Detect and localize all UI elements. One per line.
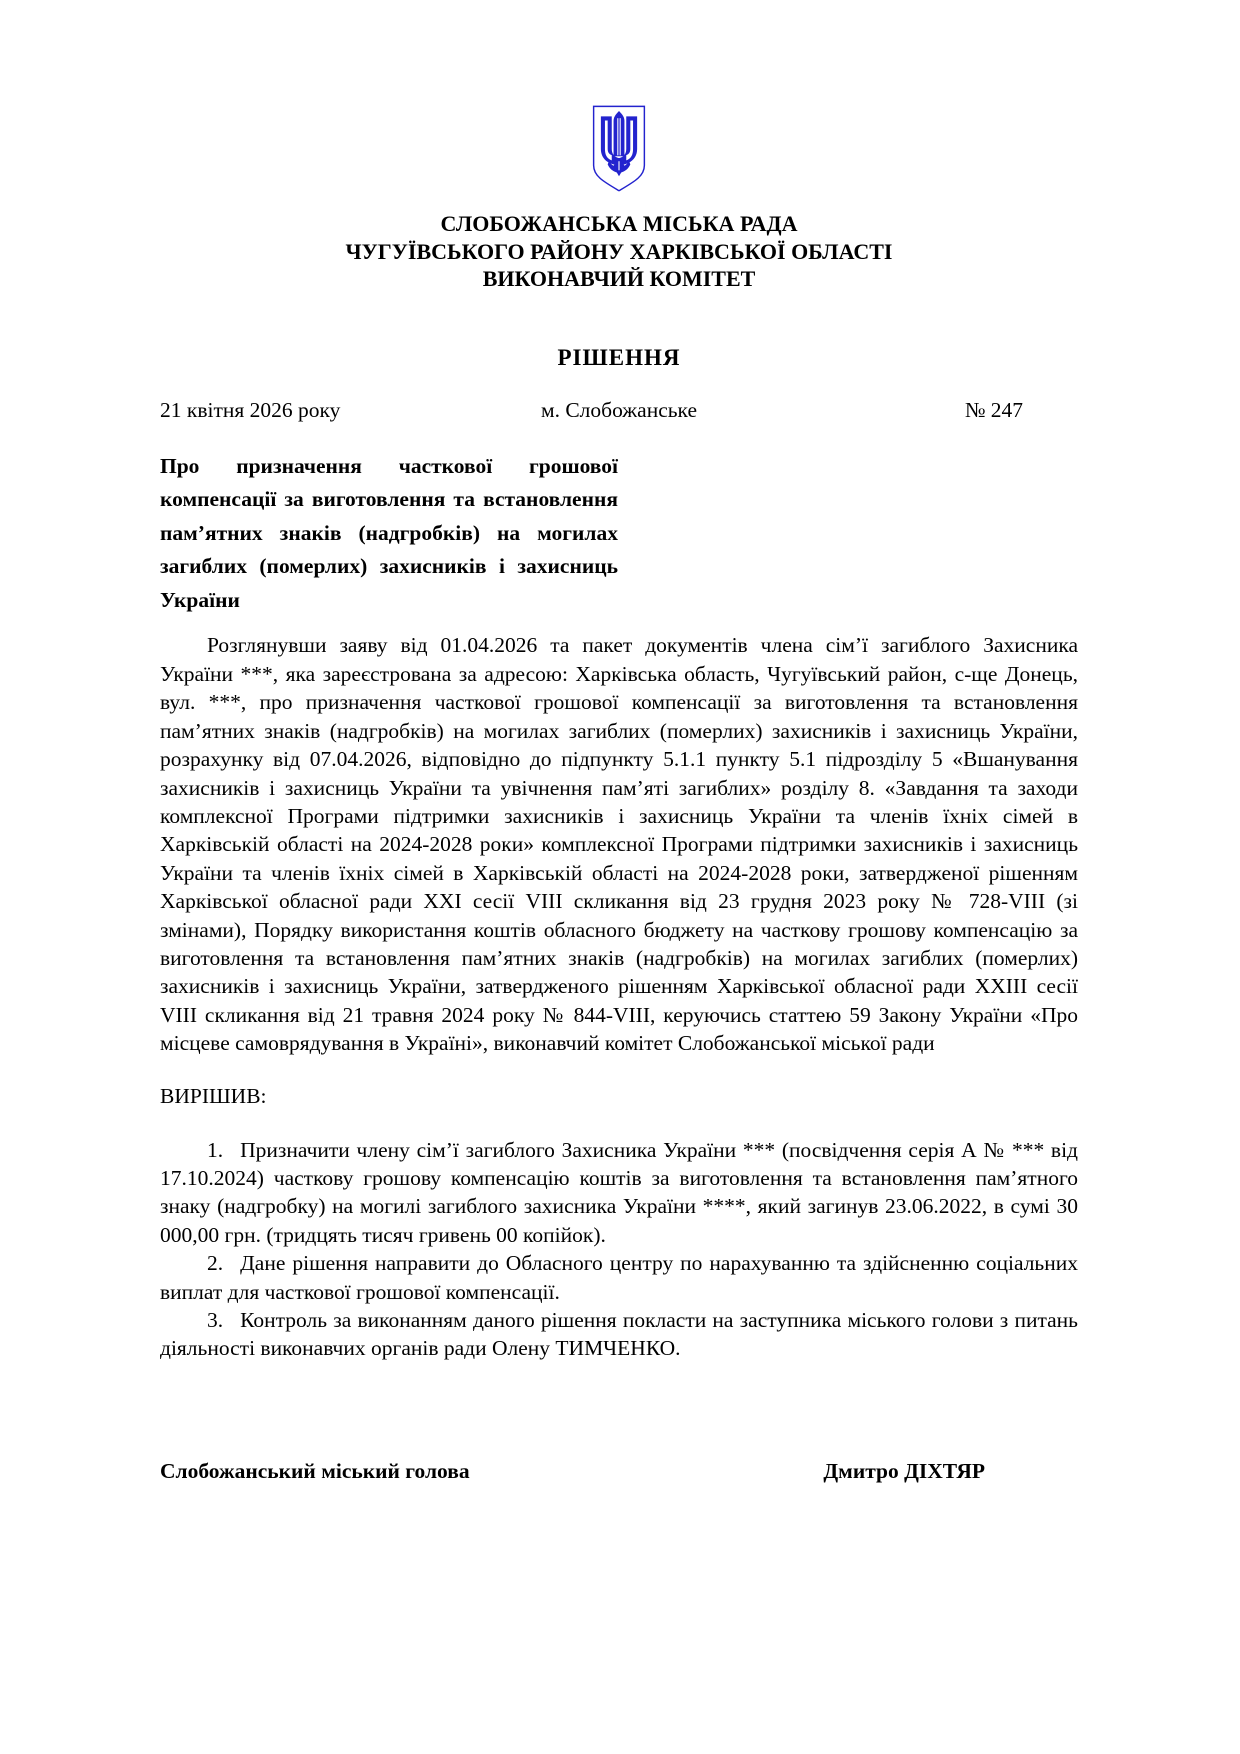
- resolved-heading: ВИРІШИВ:: [160, 1084, 1078, 1109]
- item-2-text: Дане рішення направити до Обласного цент…: [160, 1251, 1078, 1303]
- signature-row: Слобожанський міський голова Дмитро ДІХТ…: [160, 1459, 1078, 1484]
- ukraine-tryzub-icon: [590, 103, 648, 195]
- org-name-block: СЛОБОЖАНСЬКА МІСЬКА РАДА ЧУГУЇВСЬКОГО РА…: [160, 210, 1078, 293]
- document-page: СЛОБОЖАНСЬКА МІСЬКА РАДА ЧУГУЇВСЬКОГО РА…: [0, 0, 1240, 1754]
- org-council-name: СЛОБОЖАНСЬКА МІСЬКА РАДА: [160, 210, 1078, 238]
- signatory-title: Слобожанський міський голова: [160, 1459, 470, 1484]
- subject-paragraph: Про призначення часткової грошової компе…: [160, 450, 618, 618]
- item-2-number: 2.: [207, 1251, 223, 1275]
- meta-row: 21 квітня 2026 року м. Слобожанське № 24…: [160, 398, 1078, 423]
- resolution-items: 1.Призначити члену сім’ї загиблого Захис…: [160, 1136, 1078, 1363]
- item-3-number: 3.: [207, 1308, 223, 1332]
- document-place: м. Слобожанське: [541, 398, 697, 423]
- signatory-name: Дмитро ДІХТЯР: [823, 1459, 1078, 1484]
- item-3-text: Контроль за виконанням даного рішення по…: [160, 1308, 1078, 1360]
- document-type-title: РІШЕННЯ: [160, 345, 1078, 371]
- item-1-text: Призначити члену сім’ї загиблого Захисни…: [160, 1138, 1078, 1247]
- org-district-name: ЧУГУЇВСЬКОГО РАЙОНУ ХАРКІВСЬКОЇ ОБЛАСТІ: [160, 238, 1078, 266]
- emblem-container: [160, 103, 1078, 200]
- preamble-paragraph: Розглянувши заяву від 01.04.2026 та паке…: [160, 631, 1078, 1057]
- org-committee-name: ВИКОНАВЧИЙ КОМІТЕТ: [160, 265, 1078, 293]
- resolution-item-2: 2.Дане рішення направити до Обласного це…: [160, 1249, 1078, 1306]
- resolution-item-1: 1.Призначити члену сім’ї загиблого Захис…: [160, 1136, 1078, 1250]
- item-1-number: 1.: [207, 1138, 223, 1162]
- document-date: 21 квітня 2026 року: [160, 398, 541, 423]
- resolution-item-3: 3.Контроль за виконанням даного рішення …: [160, 1306, 1078, 1363]
- document-number: № 247: [697, 398, 1078, 423]
